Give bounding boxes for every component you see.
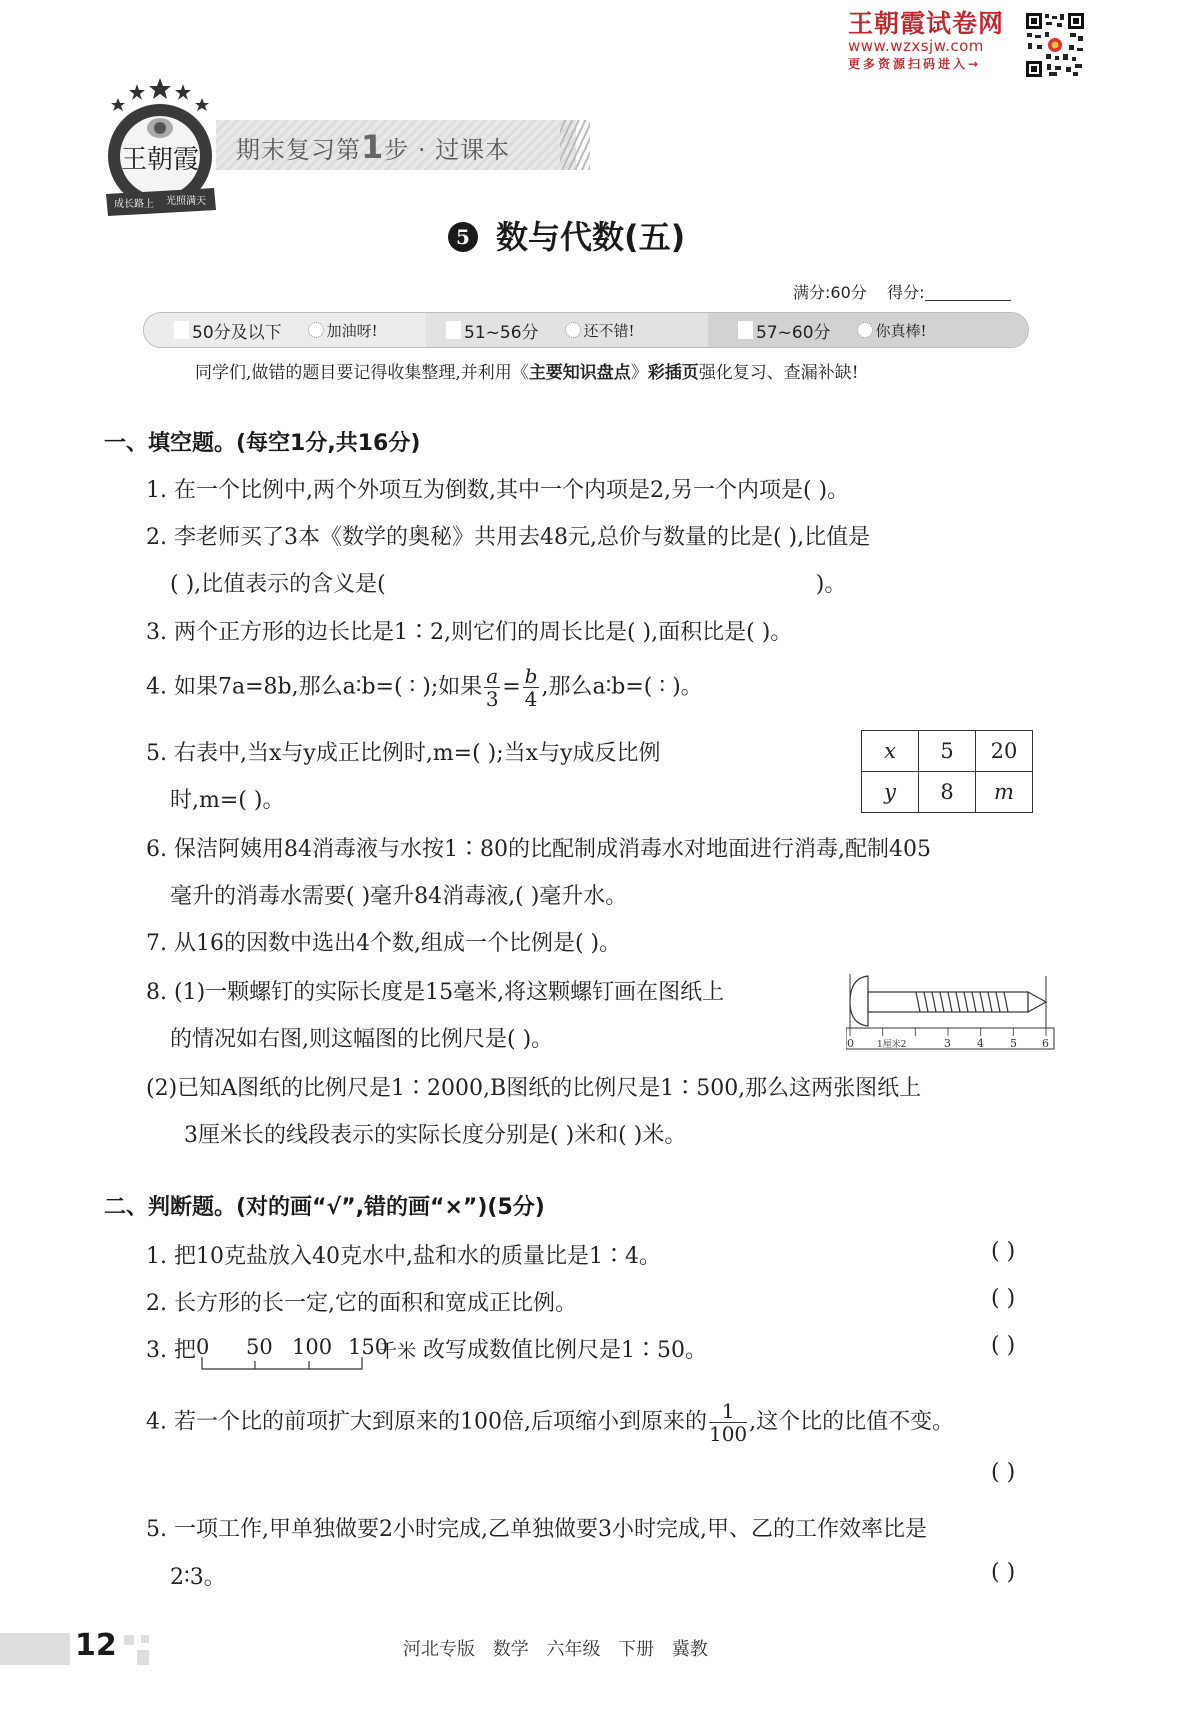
banner-suffix: 步 · 过课本 [384,136,510,164]
tip-text: 同学们,做错的题目要记得收集整理,并利用《 [195,363,529,383]
judge-question-5-line2: 2∶3。 [170,1560,226,1591]
question-1-1: 1. 在一个比例中,两个外项互为倒数,其中一个内项是2,另一个内项是( )。 [146,473,849,504]
svg-text:王朝霞: 王朝霞 [121,145,199,175]
svg-text:4: 4 [977,1037,984,1050]
question-1-2-line2: ( ),比值表示的含义是()。 [170,567,846,598]
tip-text: 》 [631,363,648,383]
rating-range-1: 50分及以下 [192,318,282,343]
page-title: 5数与代数(五) [448,212,685,258]
q4-text: ,那么a∶b=( ∶ )。 [541,675,702,700]
rating-checkbox-2[interactable] [446,321,461,339]
svg-text:0: 0 [847,1037,854,1050]
banner-prefix: 期末复习第 [236,136,361,164]
score-line: 满分:60分 得分: [793,280,1011,303]
question-1-8-2-line1: (2)已知A图纸的比例尺是1∶2000,B图纸的比例尺是1∶500,那么这两张图… [146,1071,921,1102]
question-1-8-2-line2: 3厘米长的线段表示的实际长度分别是( )米和( )米。 [184,1118,686,1149]
footer-book-info: 河北专版 数学 六年级 下册 冀教 [403,1635,708,1661]
tip-text: 强化复习、查漏补缺! [699,363,859,383]
answer-paren-3[interactable]: ( ) [991,1333,1015,1358]
svg-text:成长路上: 成长路上 [114,197,154,210]
question-1-5-line1: 5. 右表中,当x与y成正比例时,m=( );当x与y成反比例 [146,736,661,767]
smiley-face-icon [857,322,873,338]
answer-paren-4[interactable]: ( ) [991,1460,1015,1485]
table-row: y 8 m [862,772,1033,813]
table-cell: x [862,731,919,772]
question-1-6-line2: 毫升的消毒水需要( )毫升84消毒液,( )毫升水。 [170,879,627,910]
question-1-4: 4. 如果7a=8b,那么a∶b=( ∶ );如果a3=b4,那么a∶b=( ∶… [146,665,703,710]
footer-bar-decoration [0,1633,70,1665]
title-number-badge: 5 [448,222,478,252]
line-scale: 050100150 [196,1335,376,1361]
q2-text: ( ),比值表示的含义是( [170,572,386,597]
section1-heading: 一、填空题。(每空1分,共16分) [104,426,420,457]
study-tip: 同学们,做错的题目要记得收集整理,并利用《主要知识盘点》彩插页强化复习、查漏补缺… [195,358,859,383]
rating-segment-2: 51~56分 还不错! [426,313,726,347]
q4-text: 4. 如果7a=8b,那么a∶b=( ∶ );如果 [146,675,482,700]
svg-text:3: 3 [944,1037,951,1050]
answer-paren-2[interactable]: ( ) [991,1286,1015,1311]
question-1-3: 3. 两个正方形的边长比是1∶2,则它们的周长比是( ),面积比是( )。 [146,615,792,646]
rating-message-1: 加油呀! [327,320,378,341]
answer-paren-5[interactable]: ( ) [991,1560,1015,1585]
fraction: a3 [484,665,500,710]
footer-square-decoration [141,1635,149,1643]
question-1-5-line2: 时,m=( )。 [170,783,284,814]
rating-message-2: 还不错! [584,320,635,341]
judge-question-4: 4. 若一个比的前项扩大到原来的100倍,后项缩小到原来的1100,这个比的比值… [146,1400,954,1445]
chapter-banner: 期末复习第1步 · 过课本 [216,120,576,170]
svg-text:光照满天: 光照满天 [166,194,206,207]
rating-segment-3: 57~60分 你真棒! [708,313,1028,347]
smiley-face-icon [308,322,324,338]
rating-segment-1: 50分及以下 加油呀! [144,313,444,347]
full-score-label: 满分:60分 [793,283,867,302]
svg-text:6: 6 [1042,1037,1049,1050]
table-row: x 5 20 [862,731,1033,772]
fraction: 1100 [709,1400,747,1445]
footer-square-decoration [124,1635,134,1645]
table-cell: 20 [976,731,1033,772]
q4-text: 4. 若一个比的前项扩大到原来的100倍,后项缩小到原来的 [146,1410,707,1435]
answer-paren-1[interactable]: ( ) [991,1239,1015,1264]
svg-text:1厘米2: 1厘米2 [877,1038,906,1050]
table-cell: 8 [919,772,976,813]
question-1-8-1-line2: 的情况如右图,则这幅图的比例尺是( )。 [170,1022,553,1053]
rating-checkbox-3[interactable] [738,321,753,339]
table-cell: y [862,772,919,813]
question-1-7: 7. 从16的因数中选出4个数,组成一个比例是( )。 [146,926,621,957]
page-number: 12 [75,1628,117,1663]
fraction: b4 [523,665,540,710]
q2-end: )。 [816,572,847,597]
judge-question-1: 1. 把10克盐放入40克水中,盐和水的质量比是1∶4。 [146,1239,661,1270]
tip-bold-1: 主要知识盘点 [529,363,631,383]
title-text: 数与代数(五) [496,218,685,256]
judge-question-3: 3. 把050100150千米 改写成数值比例尺是1∶50。 [146,1333,707,1364]
judge-question-2: 2. 长方形的长一定,它的面积和宽成正比例。 [146,1286,577,1317]
rating-checkbox-1[interactable] [174,321,189,339]
q3-suffix: 改写成数值比例尺是1∶50。 [423,1338,707,1363]
question-1-2-line1: 2. 李老师买了3本《数学的奥秘》共用去48元,总价与数量的比是( ),比值是 [146,520,870,551]
equals: = [502,675,520,700]
q3-prefix: 3. 把 [146,1338,196,1363]
rating-message-3: 你真棒! [876,320,927,341]
smiley-face-icon [565,322,581,338]
judge-question-5-line1: 5. 一项工作,甲单独做要2小时完成,乙单独做要3小时完成,甲、乙的工作效率比是 [146,1512,927,1543]
score-rating-bar: 50分及以下 加油呀! 51~56分 还不错! 57~60分 你真棒! [143,312,1029,348]
xy-table: x 5 20 y 8 m [861,730,1033,813]
footer-square-decoration [137,1650,149,1665]
banner-slash-decoration [560,120,590,170]
section2-heading: 二、判断题。(对的画“√”,错的画“×”)(5分) [104,1190,545,1221]
svg-text:5: 5 [1010,1037,1017,1050]
qr-code-icon[interactable] [1025,12,1085,78]
table-cell: m [976,772,1033,813]
question-1-6-line1: 6. 保洁阿姨用84消毒液与水按1∶80的比配制成消毒水对地面进行消毒,配制40… [146,832,931,863]
question-1-8-1-line1: 8. (1)一颗螺钉的实际长度是15毫米,将这颗螺钉画在图纸上 [146,975,724,1006]
logo: 王朝霞 成长路上 光照满天 [104,76,216,222]
table-cell: 5 [919,731,976,772]
rating-range-3: 57~60分 [756,318,831,343]
banner-step: 1 [361,128,384,166]
q4-text: ,这个比的比值不变。 [749,1410,954,1435]
rating-range-2: 51~56分 [464,318,539,343]
score-input[interactable] [925,284,1011,301]
tip-bold-2: 彩插页 [648,363,699,383]
screw-ruler-diagram: 0 1厘米2 3 4 5 6 [846,968,1060,1050]
got-score-label: 得分: [887,283,924,302]
